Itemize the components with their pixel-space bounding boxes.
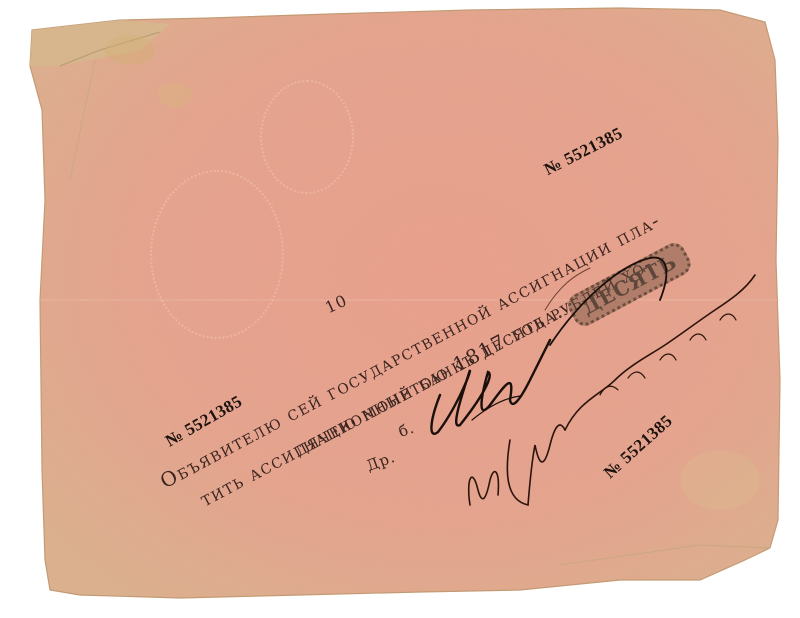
signature-1 (431, 258, 666, 434)
signatures (0, 0, 800, 618)
banknote-paper: № 5521385 № 5521385 № 5521385 10 Объявит… (0, 0, 800, 618)
